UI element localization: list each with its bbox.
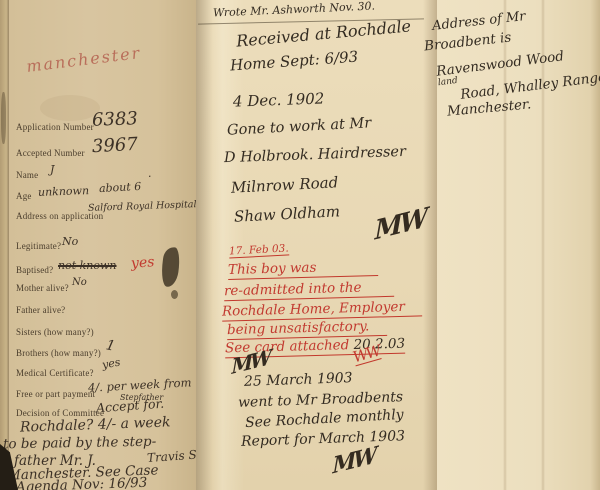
field-label-name: Name bbox=[16, 170, 38, 180]
decision-note-line1: Rochdale? 4/- a week bbox=[20, 415, 171, 434]
field-value-brothers: 1 bbox=[105, 338, 117, 354]
field-value-application-number: 6383 bbox=[92, 110, 138, 130]
field-label-baptised: Baptised? bbox=[16, 265, 53, 275]
field-label-accepted-number: Accepted Number bbox=[16, 148, 85, 158]
field-value-medical-certificate: yes bbox=[101, 356, 121, 370]
field-label-legitimate: Legitimate? bbox=[16, 241, 61, 251]
decision-note-line2: to be paid by the step- bbox=[3, 436, 156, 452]
field-label-payment: Free or part payment bbox=[16, 389, 95, 399]
field-value-name-dot: . bbox=[148, 168, 152, 179]
field-label-sisters: Sisters (how many?) bbox=[16, 327, 94, 337]
field-label-mother-alive: Mother alive? bbox=[16, 283, 69, 293]
document-scan: manchester Application Number 6383 Accep… bbox=[0, 0, 600, 490]
field-value-payment: 4/. per week from bbox=[88, 377, 192, 394]
left-form-page: manchester Application Number 6383 Accep… bbox=[0, 0, 196, 490]
field-value-age-about: about 6 bbox=[99, 181, 142, 194]
paper-fold-line bbox=[503, 0, 507, 490]
page-fold-shadow bbox=[423, 0, 437, 490]
field-value-age: unknown bbox=[38, 185, 89, 198]
field-value-legitimate: No bbox=[62, 236, 78, 247]
field-label-father-alive: Father alive? bbox=[16, 305, 65, 315]
manchester-stamp: manchester bbox=[25, 43, 142, 76]
field-value-decision: Accept for. bbox=[96, 398, 165, 415]
field-value-mother-alive: No bbox=[72, 278, 87, 288]
torn-page-edge bbox=[0, 0, 9, 490]
field-value-baptised-red: yes bbox=[131, 255, 155, 271]
entry3-date: 25 March 1903 bbox=[244, 371, 353, 389]
ink-blot-small bbox=[171, 290, 178, 299]
decision-note-line5: Agenda Nov: 16/93 bbox=[16, 477, 148, 490]
entry2-date: 4 Dec. 1902 bbox=[233, 91, 325, 109]
field-value-address: Salford Royal Hospital bbox=[88, 200, 197, 213]
field-label-application-number: Application Number bbox=[16, 122, 94, 132]
paper-crack bbox=[1, 92, 6, 144]
field-label-medical-certificate: Medical Certificate? bbox=[16, 368, 94, 378]
paper-fold-line bbox=[541, 0, 545, 490]
field-value-name: J bbox=[50, 164, 54, 175]
field-label-age: Age bbox=[16, 191, 32, 201]
ink-blot bbox=[159, 246, 181, 288]
field-value-accepted-number: 3967 bbox=[92, 136, 139, 156]
field-value-baptised-struck: not known bbox=[58, 260, 117, 271]
field-label-brothers: Brothers (how many?) bbox=[16, 348, 101, 358]
